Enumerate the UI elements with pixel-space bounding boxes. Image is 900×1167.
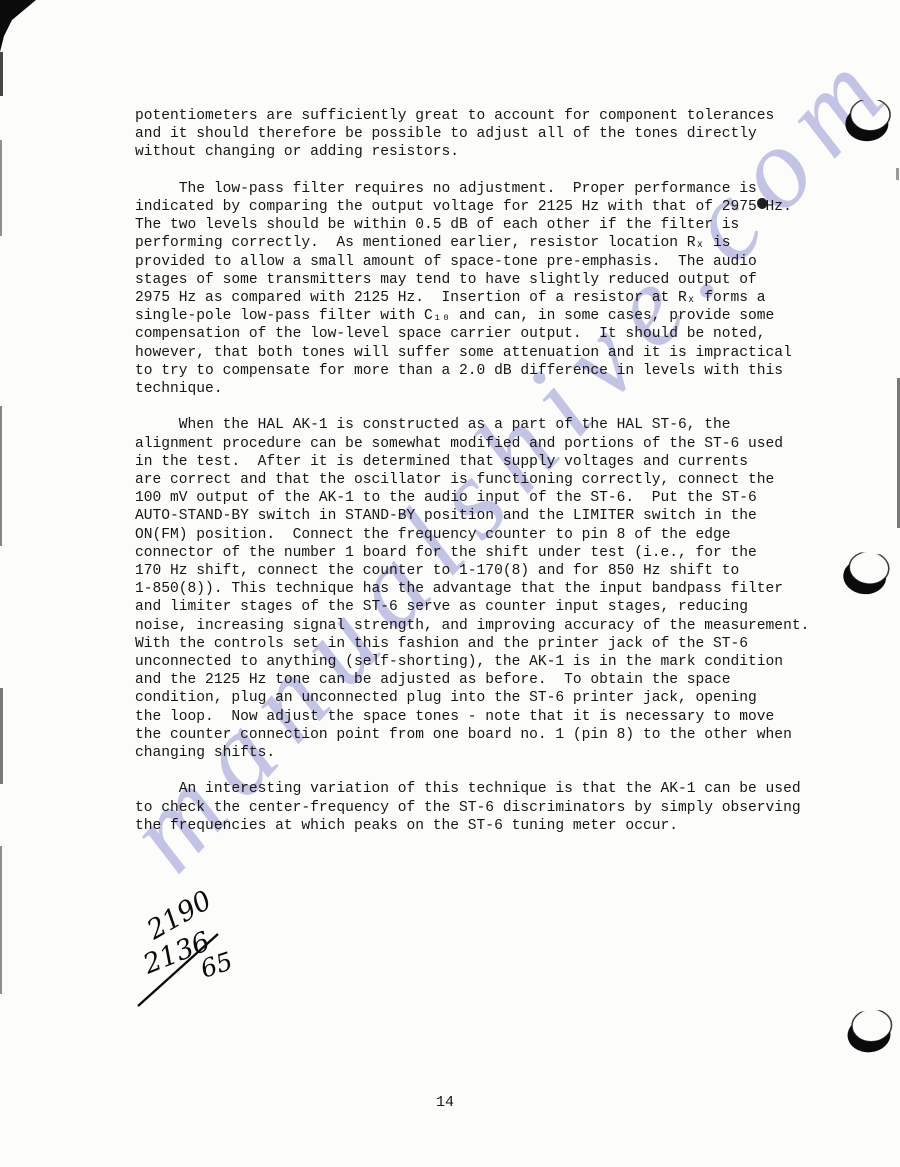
paragraph-tolerances: potentiometers are sufficiently great to… — [135, 107, 830, 162]
scan-edge-artifact — [896, 168, 899, 180]
paragraph-variation: An interesting variation of this techniq… — [135, 780, 830, 835]
punch-hole-shadow-icon — [843, 1009, 898, 1057]
body-text: potentiometers are sufficiently great to… — [135, 107, 830, 853]
scan-edge-artifact — [0, 406, 2, 546]
handwritten-note: 2190 2136 65 — [118, 888, 298, 1018]
punch-hole-shadow-icon — [838, 550, 894, 599]
page-number: 14 — [0, 1094, 890, 1111]
punch-hole-shadow-icon — [842, 100, 894, 144]
scan-edge-artifact — [0, 688, 3, 784]
overstrike-ink-blob — [757, 198, 767, 209]
scan-edge-artifact — [0, 140, 2, 236]
scan-edge-artifact — [0, 52, 3, 96]
paragraph-low-pass-filter: The low-pass filter requires no adjustme… — [135, 180, 830, 398]
scanned-manual-page: manualshive.com potentiometers are suffi… — [0, 0, 900, 1167]
scan-corner-artifact — [0, 0, 46, 52]
paragraph-hal-ak1-st6: When the HAL AK-1 is constructed as a pa… — [135, 416, 830, 762]
scan-edge-artifact — [0, 846, 2, 994]
